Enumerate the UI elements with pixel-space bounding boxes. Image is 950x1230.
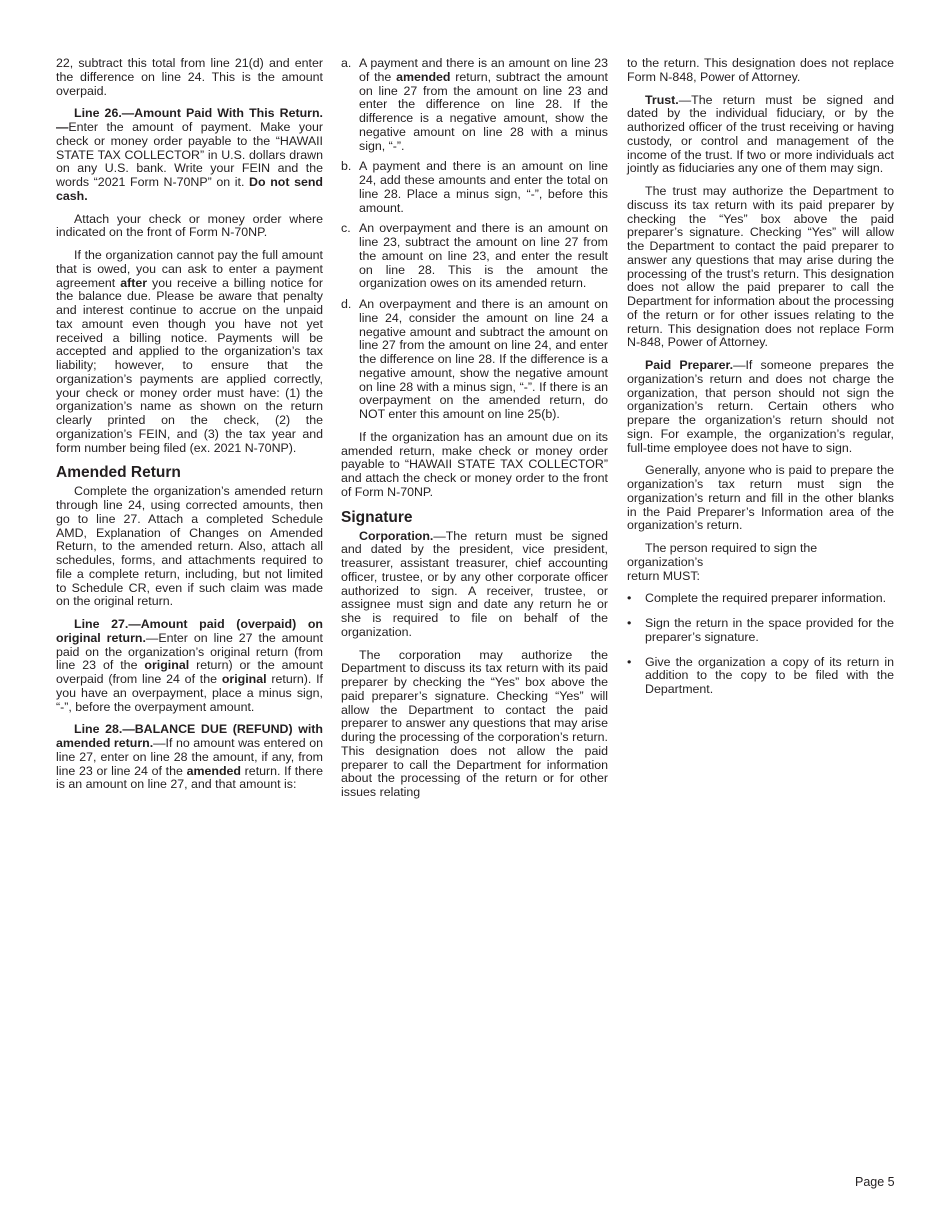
column-1: 22, subtract this total from line 21(d) …	[56, 57, 323, 801]
line28-cases-list: a.A payment and there is an amount on li…	[341, 57, 608, 422]
paid-preparer-heading: Paid Preparer.	[645, 358, 733, 372]
column-2: a.A payment and there is an amount on li…	[341, 57, 608, 809]
column-3: to the return. This designation does not…	[627, 57, 894, 708]
list-item-a: a.A payment and there is an amount on li…	[341, 57, 608, 153]
paragraph-corporation: Corporation.—The return must be signed a…	[341, 530, 608, 640]
page-number: Page 5	[855, 1175, 895, 1189]
corporation-heading: Corporation.	[359, 529, 433, 543]
paragraph-line27: Line 27.—Amount paid (overpaid) on origi…	[56, 618, 323, 714]
paragraph-line26: Line 26.—Amount Paid With This Return.—E…	[56, 107, 323, 203]
trust-heading: Trust.	[645, 93, 679, 107]
preparer-requirements-list: •Complete the required preparer informat…	[627, 592, 894, 697]
list-item-c: c.An overpayment and there is an amount …	[341, 222, 608, 291]
paragraph-generally: Generally, anyone who is paid to prepare…	[627, 464, 894, 533]
list-item-d: d.An overpayment and there is an amount …	[341, 298, 608, 422]
paragraph-amount-due: If the organization has an amount due on…	[341, 431, 608, 500]
paragraph-must-intro: The person required to sign the organiza…	[627, 542, 894, 583]
bullet-item: •Complete the required preparer informat…	[627, 592, 894, 606]
bullet-item: •Give the organization a copy of its ret…	[627, 656, 894, 697]
bullet-icon: •	[627, 617, 631, 631]
paragraph-paid-preparer: Paid Preparer.—If someone prepares the o…	[627, 359, 894, 455]
paragraph-trust-authorize: The trust may authorize the Department t…	[627, 185, 894, 350]
paragraph-corporation-authorize: The corporation may authorize the Depart…	[341, 649, 608, 800]
bullet-item: •Sign the return in the space provided f…	[627, 617, 894, 645]
paragraph-cannot-pay: If the organization cannot pay the full …	[56, 249, 323, 455]
heading-signature: Signature	[341, 509, 608, 527]
list-item-b: b.A payment and there is an amount on li…	[341, 160, 608, 215]
bullet-icon: •	[627, 592, 631, 606]
paragraph-trust: Trust.—The return must be signed and dat…	[627, 94, 894, 177]
paragraph-attach-check: Attach your check or money order where i…	[56, 213, 323, 241]
paragraph-continued: to the return. This designation does not…	[627, 57, 894, 85]
paragraph-amended-return: Complete the organization’s amended retu…	[56, 485, 323, 609]
paragraph-line25-continued: 22, subtract this total from line 21(d) …	[56, 57, 323, 98]
heading-amended-return: Amended Return	[56, 464, 323, 482]
paragraph-line28: Line 28.—BALANCE DUE (REFUND) with amend…	[56, 723, 323, 792]
bullet-icon: •	[627, 656, 631, 670]
